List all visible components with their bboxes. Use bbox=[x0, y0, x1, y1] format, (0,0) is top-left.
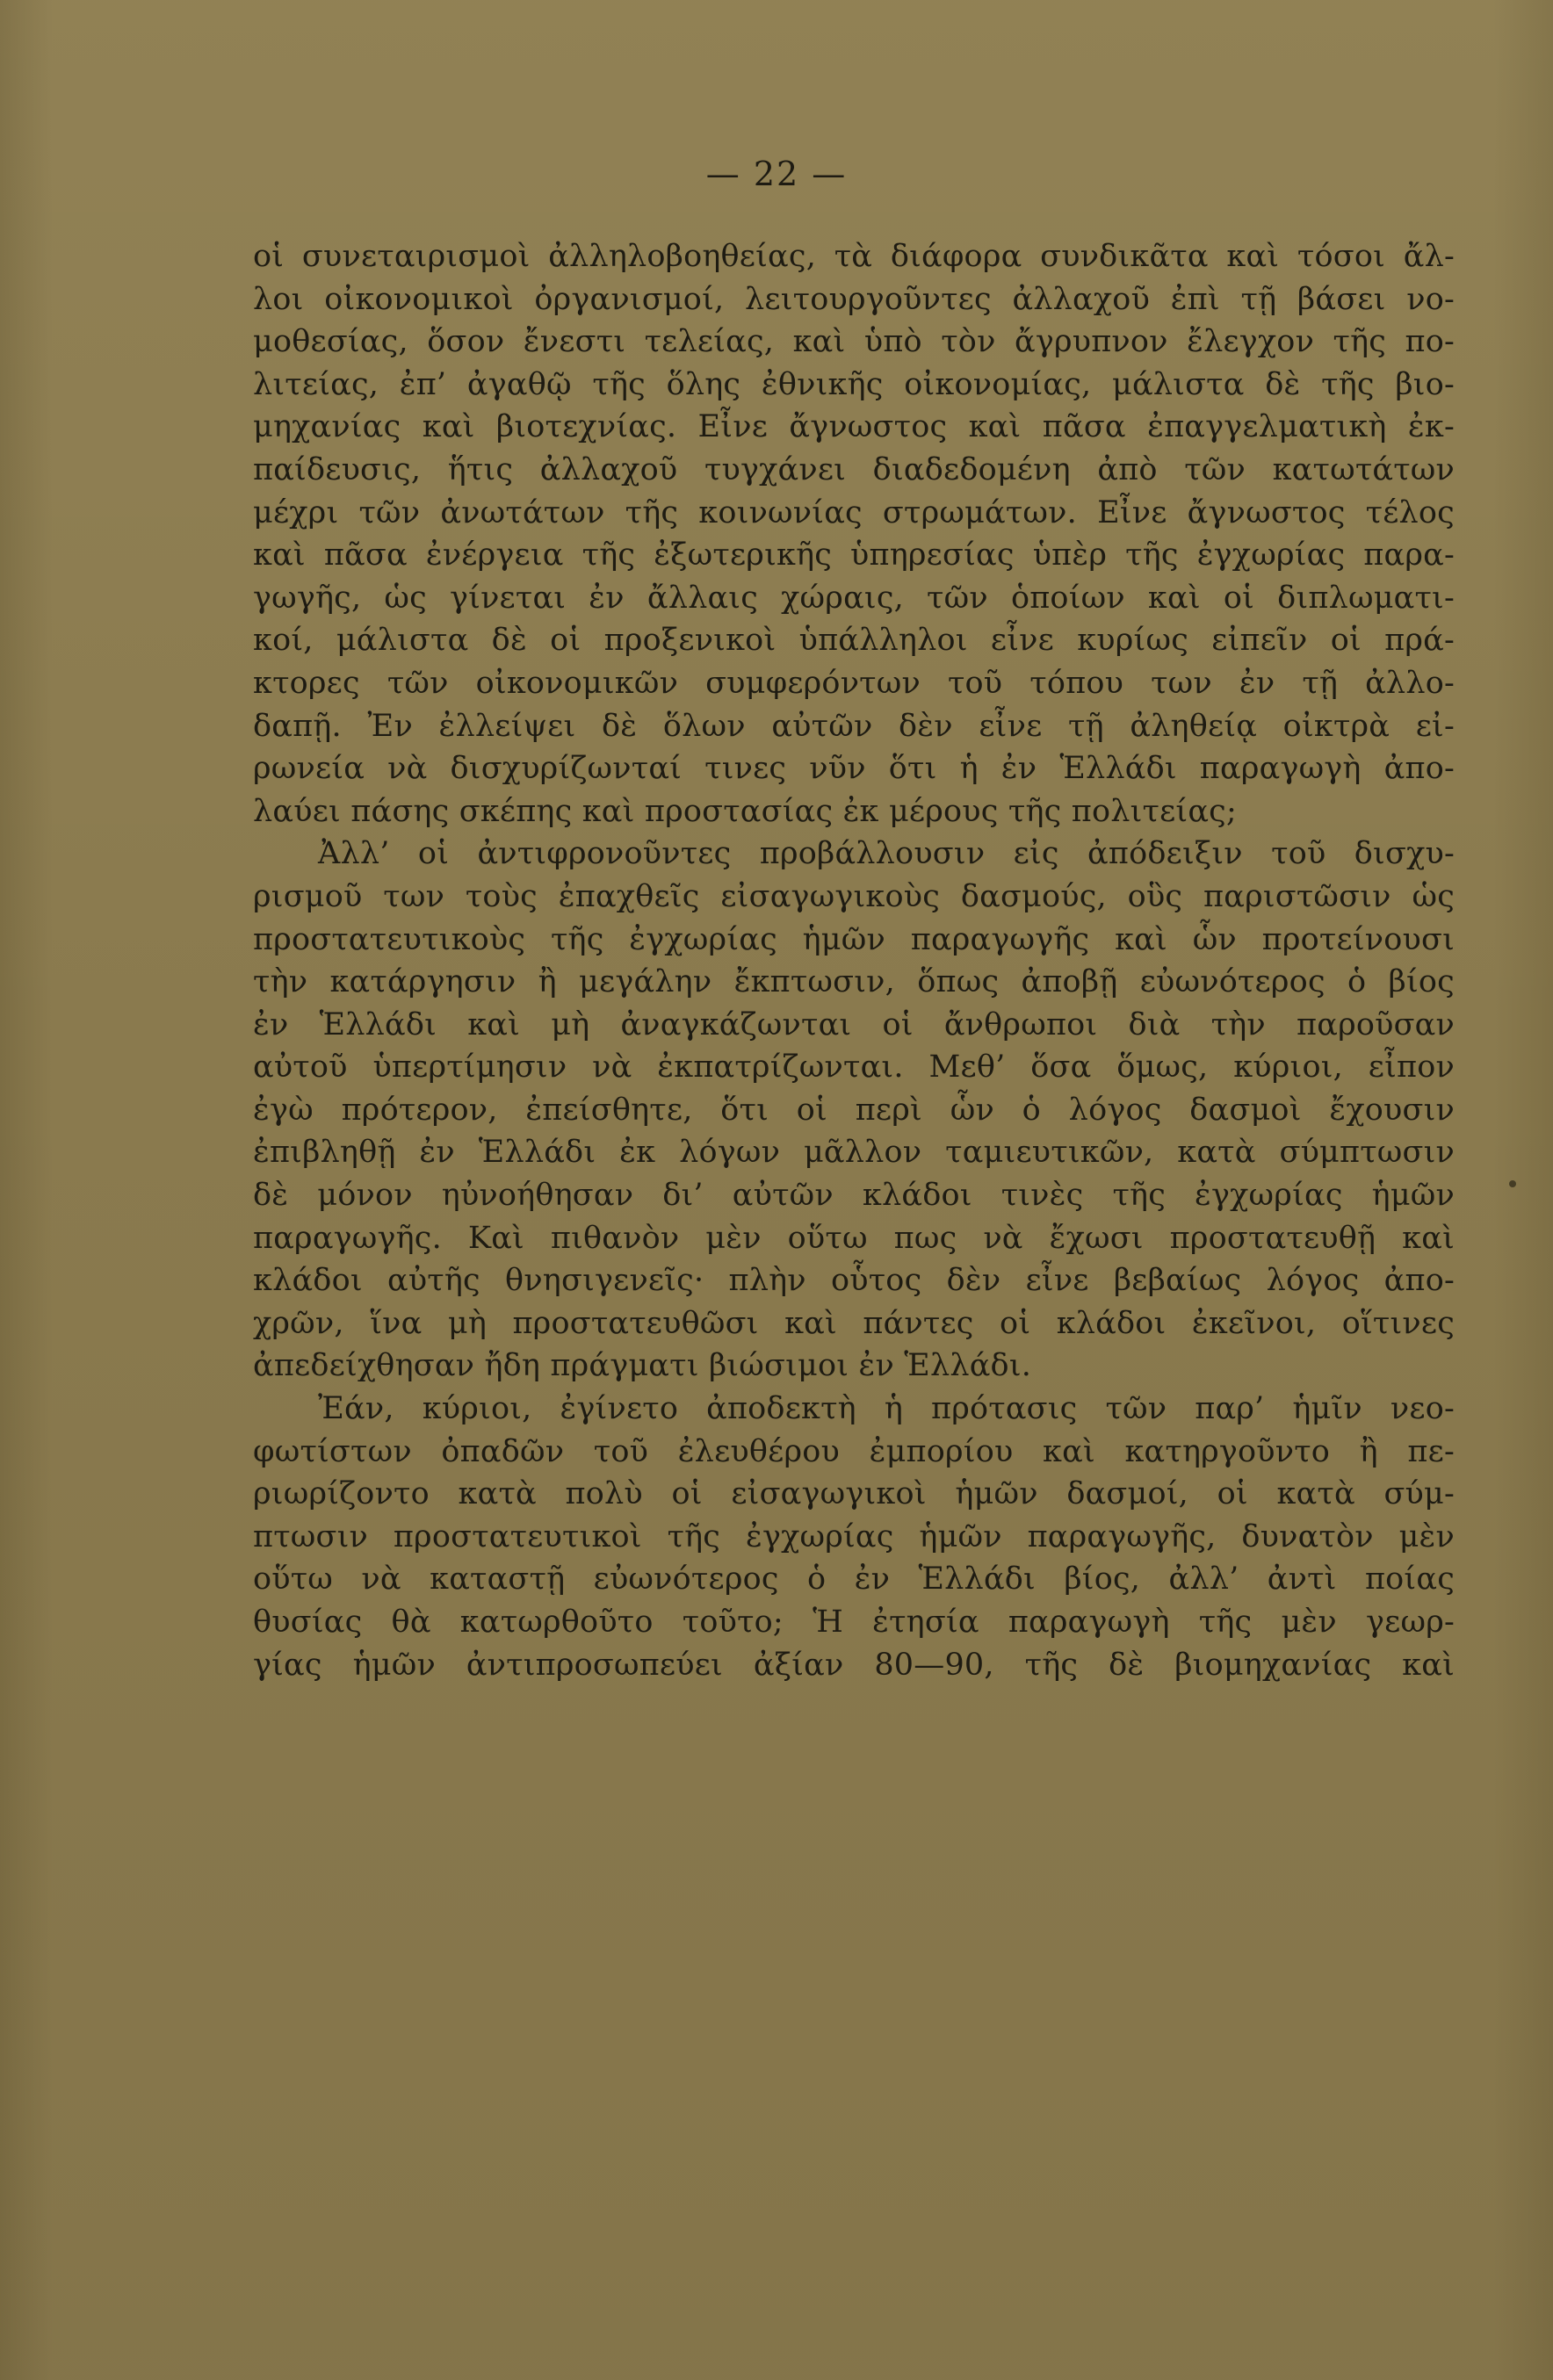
text-line: μέχρι τῶν ἀνωτάτων τῆς κοινωνίας στρωμάτ… bbox=[253, 492, 1455, 535]
text-line: πτωσιν προστατευτικοὶ τῆς ἐγχωρίας ἡμῶν … bbox=[253, 1516, 1455, 1559]
page-number: — 22 — bbox=[0, 155, 1553, 193]
text-line: ἐπιβληθῇ ἐν Ἑλλάδι ἐκ λόγων μᾶλλον ταμιε… bbox=[253, 1131, 1455, 1174]
scanned-page: — 22 — οἱ συνεταιρισμοὶ ἀλληλοβοηθείας, … bbox=[0, 0, 1553, 2380]
text-line: ἐν Ἑλλάδι καὶ μὴ ἀναγκάζωνται οἱ ἄνθρωπο… bbox=[253, 1004, 1455, 1047]
paragraph-1: οἱ συνεταιρισμοὶ ἀλληλοβοηθείας, τὰ διάφ… bbox=[253, 235, 1455, 833]
text-line: γίας ἡμῶν ἀντιπροσωπεύει ἀξίαν 80—90, τῆ… bbox=[253, 1644, 1455, 1687]
text-line: αὐτοῦ ὑπερτίμησιν νὰ ἐκπατρίζωνται. Μεθ’… bbox=[253, 1046, 1455, 1089]
text-line: μοθεσίας, ὅσον ἔνεστι τελείας, καὶ ὑπὸ τ… bbox=[253, 321, 1455, 364]
text-line: ρισμοῦ των τοὺς ἐπαχθεῖς εἰσαγωγικοὺς δα… bbox=[253, 876, 1455, 919]
text-line: χρῶν, ἵνα μὴ προστατευθῶσι καὶ πάντες οἱ… bbox=[253, 1302, 1455, 1345]
text-line: οὕτω νὰ καταστῇ εὐωνότερος ὁ ἐν Ἑλλάδι β… bbox=[253, 1558, 1455, 1601]
ink-spot-mark bbox=[1509, 1180, 1516, 1187]
text-line: λοι οἰκονομικοὶ ὀργανισμοί, λειτουργοῦντ… bbox=[253, 278, 1455, 321]
text-line: ριωρίζοντο κατὰ πολὺ οἱ εἰσαγωγικοὶ ἡμῶν… bbox=[253, 1473, 1455, 1516]
text-line: κτορες τῶν οἰκονομικῶν συμφερόντων τοῦ τ… bbox=[253, 662, 1455, 705]
text-line: ρωνεία νὰ δισχυρίζωνταί τινες νῦν ὅτι ἡ … bbox=[253, 747, 1455, 790]
text-line: μηχανίας καὶ βιοτεχνίας. Εἶνε ἄγνωστος κ… bbox=[253, 406, 1455, 449]
text-line: τὴν κατάργησιν ἢ μεγάλην ἔκπτωσιν, ὅπως … bbox=[253, 961, 1455, 1004]
text-line: ἐγὼ πρότερον, ἐπείσθητε, ὅτι οἱ περὶ ὧν … bbox=[253, 1089, 1455, 1132]
paragraph-3: Ἐάν, κύριοι, ἐγίνετο ἀποδεκτὴ ἡ πρότασις… bbox=[253, 1388, 1455, 1686]
text-line: δὲ μόνον ηὐνοήθησαν δι’ αὐτῶν κλάδοι τιν… bbox=[253, 1174, 1455, 1217]
text-line: γωγῆς, ὡς γίνεται ἐν ἄλλαις χώραις, τῶν … bbox=[253, 577, 1455, 620]
text-line: Ἀλλ’ οἱ ἀντιφρονοῦντες προβάλλουσιν εἰς … bbox=[253, 833, 1455, 876]
text-line: ἀπεδείχθησαν ἤδη πράγματι βιώσιμοι ἐν Ἑλ… bbox=[253, 1345, 1455, 1388]
body-text: οἱ συνεταιρισμοὶ ἀλληλοβοηθείας, τὰ διάφ… bbox=[253, 235, 1455, 1686]
text-line: παίδευσις, ἥτις ἀλλαχοῦ τυγχάνει διαδεδο… bbox=[253, 449, 1455, 492]
text-line: προστατευτικοὺς τῆς ἐγχωρίας ἡμῶν παραγω… bbox=[253, 919, 1455, 962]
text-line: δαπῇ. Ἐν ἐλλείψει δὲ ὅλων αὐτῶν δὲν εἶνε… bbox=[253, 705, 1455, 748]
text-line: λιτείας, ἐπ’ ἀγαθῷ τῆς ὅλης ἐθνικῆς οἰκο… bbox=[253, 364, 1455, 407]
text-line: κοί, μάλιστα δὲ οἱ προξενικοὶ ὑπάλληλοι … bbox=[253, 619, 1455, 662]
text-line: οἱ συνεταιρισμοὶ ἀλληλοβοηθείας, τὰ διάφ… bbox=[253, 235, 1455, 278]
text-line: Ἐάν, κύριοι, ἐγίνετο ἀποδεκτὴ ἡ πρότασις… bbox=[253, 1388, 1455, 1431]
text-line: θυσίας θὰ κατωρθοῦτο τοῦτο; Ἡ ἐτησία παρ… bbox=[253, 1601, 1455, 1644]
text-line: καὶ πᾶσα ἐνέργεια τῆς ἐξωτερικῆς ὑπηρεσί… bbox=[253, 534, 1455, 577]
text-line: παραγωγῆς. Καὶ πιθανὸν μὲν οὕτω πως νὰ ἔ… bbox=[253, 1217, 1455, 1260]
text-line: κλάδοι αὐτῆς θνησιγενεῖς· πλὴν οὗτος δὲν… bbox=[253, 1259, 1455, 1302]
paragraph-2: Ἀλλ’ οἱ ἀντιφρονοῦντες προβάλλουσιν εἰς … bbox=[253, 833, 1455, 1388]
text-line: λαύει πάσης σκέπης καὶ προστασίας ἐκ μέρ… bbox=[253, 790, 1455, 833]
text-line: φωτίστων ὀπαδῶν τοῦ ἐλευθέρου ἐμπορίου κ… bbox=[253, 1431, 1455, 1474]
